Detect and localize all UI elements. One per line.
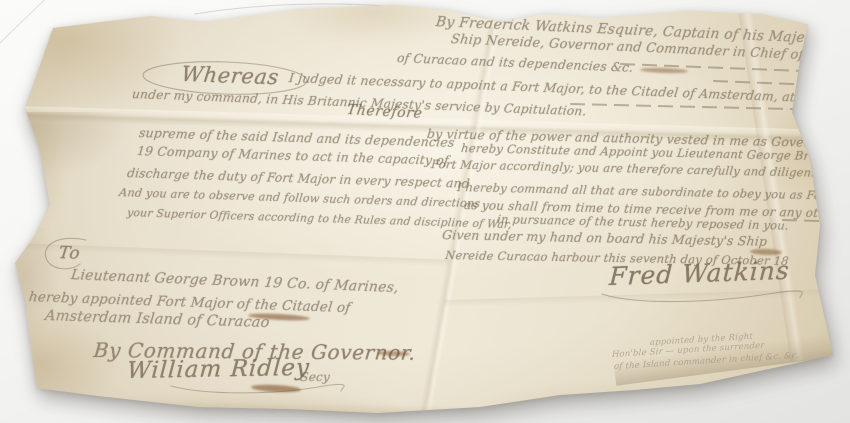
body-opening: Therefore (346, 102, 424, 122)
parchment-document: By Frederick Watkins Esquire, Captain of… (0, 0, 850, 423)
ink-dash-2 (713, 80, 829, 86)
governor-signature: Fred Watkins (608, 256, 790, 291)
bottom-edge-shading (60, 388, 640, 423)
document-photo: By Frederick Watkins Esquire, Captain of… (0, 0, 850, 423)
ink-smudge-1 (640, 67, 688, 74)
parchment-shadow: By Frederick Watkins Esquire, Captain of… (0, 0, 850, 423)
whereas-opening: Whereas (180, 62, 280, 89)
header-line-3: of Curacao and its dependencies &c. (396, 51, 634, 75)
fold-shadow-left-ridge (14, 112, 134, 182)
watkins-underline-flourish (598, 288, 803, 308)
address-salutation: To (58, 243, 82, 264)
